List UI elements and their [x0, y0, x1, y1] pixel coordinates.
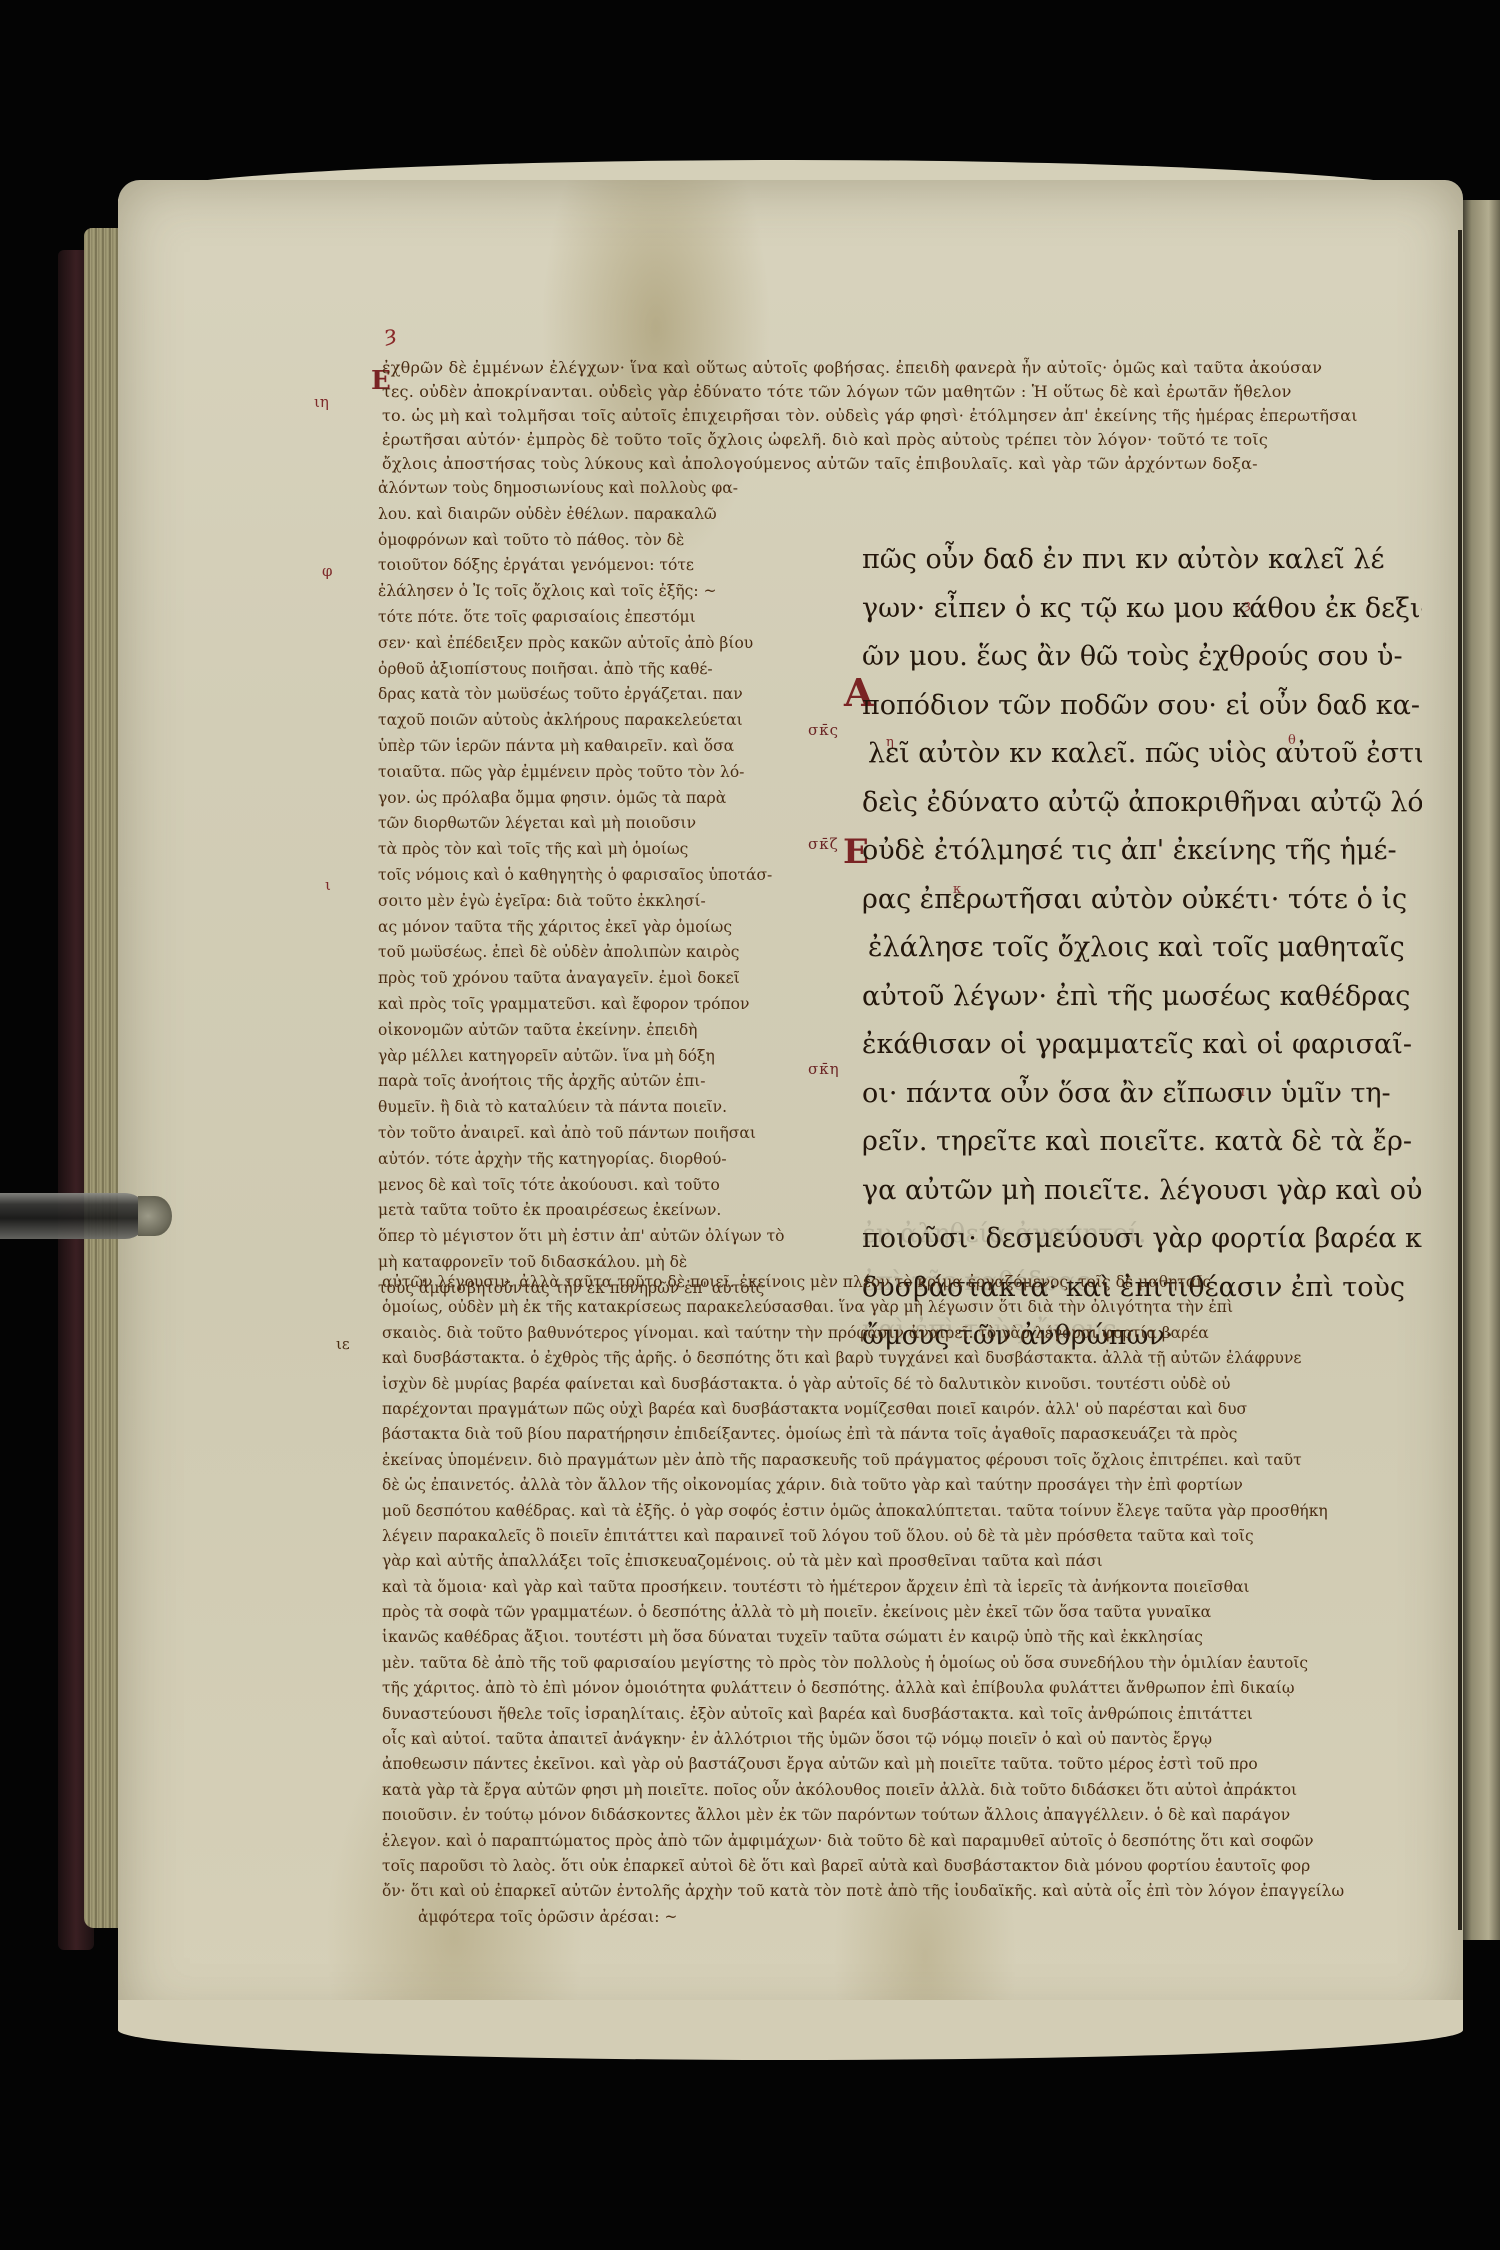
commentary-line: βάστακτα διὰ τοῦ βίου παρατήρησιν ἐπιδεί…: [382, 1422, 1432, 1447]
commentary-line: ταχοῦ ποιῶν αὐτοὺς ἀκλήρους παρακελεύετα…: [378, 708, 808, 734]
commentary-line: τῶν διορθωτῶν λέγεται καὶ μὴ ποιοῦσιν: [378, 811, 808, 837]
commentary-line: ἀμφότερα τοῖς ὁρῶσιν ἀρέσαι: ~: [382, 1905, 1432, 1930]
commentary-line: παρέχονται πραγμάτων πῶς οὐχὶ βαρέα καὶ …: [382, 1397, 1432, 1422]
section-number-227: σκ̄ζ: [808, 835, 839, 853]
commentary-line: τες. οὐδὲν ἀποκρίνανται. οὐδεὶς γὰρ ἐδύν…: [382, 380, 1422, 404]
bleed-through-line: ἐν ἀληθείᾳ ἀγαπητοί.: [862, 1210, 1422, 1258]
commentary-line: γὰρ μέλλει κατηγορεῖν αὐτῶν. ἵνα μὴ δόξη: [378, 1044, 808, 1070]
commentary-line: δρας κατὰ τὸν μωϋσέως τοῦτο ἐργάζεται. π…: [378, 682, 808, 708]
commentary-line: ας μόνον ταῦτα τῆς χάριτος ἐκεῖ γὰρ ὁμοί…: [378, 915, 808, 941]
commentary-line: τοιαῦτα. πῶς γὰρ ἐμμένειν πρὸς τοῦτο τὸν…: [378, 760, 808, 786]
commentary-line: λου. καὶ διαιρῶν οὐδὲν ἐθέλων. παρακαλῶ: [378, 502, 808, 528]
gutter-shadow: [1458, 230, 1462, 1930]
gospel-line: ἐλάλησε τοῖς ὄχλοις καὶ τοῖς μαθηταῖς: [862, 924, 1422, 973]
commentary-line: ἀλόντων τοὺς δημοσιωνίους καὶ πολλοὺς φα…: [378, 476, 808, 502]
commentary-line: ὅπερ τὸ μέγιστον ὅτι μὴ ἐστιν ἀπ' αὐτῶν …: [378, 1224, 808, 1250]
gospel-line: οι· πάντα οὖν ὅσα ἂν εἴπωσιν ὑμῖν τη-: [862, 1070, 1422, 1119]
gospel-line: ρας ἐπερωτῆσαι αὐτὸν οὐκέτι· τότε ὁ ἰς: [862, 876, 1422, 925]
commentary-line: σκαιὸς. διὰ τοῦτο βαθυνότερος γίνομαι. κ…: [382, 1321, 1432, 1346]
gospel-line: ποπόδιον τῶν ποδῶν σου· εἰ οὖν δαδ κα-: [862, 682, 1422, 731]
commentary-line: ἐλεγον. καὶ ὁ παραπτώματος πρὸς ἀπὸ τῶν …: [382, 1829, 1432, 1854]
commentary-line: ἐλάλησεν ὁ Ἰς τοῖς ὄχλοις καὶ τοῖς ἐξῆς:…: [378, 579, 808, 605]
commentary-line: τότε πότε. ὅτε τοῖς φαρισαίοις ἐπεστόμι: [378, 605, 808, 631]
commentary-top-block: ἐχθρῶν δὲ ἐμμένων ἐλέγχων· ἵνα καὶ οὕτως…: [382, 356, 1422, 476]
commentary-line: καὶ πρὸς τοῖς γραμματεῦσι. καὶ ἔφορον τρ…: [378, 992, 808, 1018]
commentary-line: τοιοῦτον δόξης ἐργάται γενόμενοι: τότε: [378, 553, 808, 579]
commentary-line: ὁμοφρόνων καὶ τοῦτο τὸ πάθος. τὸν δὲ: [378, 528, 808, 554]
commentary-line: τοῦ μωϋσέως. ἐπεὶ δὲ οὐδὲν ἀπολιπὼν καιρ…: [378, 940, 808, 966]
commentary-line: πρὸς τὰ σοφὰ τῶν γραμματέων. ὁ δεσπότης …: [382, 1600, 1432, 1625]
commentary-line: καὶ τὰ ὅμοια· καὶ γὰρ καὶ ταῦτα προσήκει…: [382, 1575, 1432, 1600]
commentary-line: τὸν τοῦτο ἀναιρεῖ. καὶ ἀπὸ τοῦ πάντων πο…: [378, 1121, 808, 1147]
commentary-line: τοῖς παροῦσι τὸ λαὸς. ὅτι οὐκ ἐπαρκεῖ αὐ…: [382, 1854, 1432, 1879]
commentary-line: κατὰ γὰρ τὰ ἔργα αὐτῶν φησι μὴ ποιεῖτε. …: [382, 1778, 1432, 1803]
commentary-left-column: ἀλόντων τοὺς δημοσιωνίους καὶ πολλοὺς φα…: [378, 476, 808, 1302]
commentary-line: δὲ ὡς ἐπαινετός. ἀλλὰ τὸν ἄλλον τῆς οἰκο…: [382, 1473, 1432, 1498]
commentary-line: ὑπὲρ τῶν ἱερῶν πάντα μὴ καθαιρεῖν. καὶ ὅ…: [378, 734, 808, 760]
commentary-line: ὄν· ὅτι καὶ οὐ ἐπαρκεῖ αὐτῶν ἐντολῆς ἀρχ…: [382, 1879, 1432, 1904]
gospel-line: γων· εἶπεν ὁ κς τῷ κω μου κάθου ἐκ δεξι-: [862, 585, 1422, 634]
margin-note-4: ιε: [336, 1335, 350, 1353]
commentary-line: αὐτόν. τότε ἀρχὴν τῆς κατηγορίας. διορθο…: [378, 1147, 808, 1173]
glass-page-holder: [0, 1193, 148, 1239]
glass-page-holder-tip: [138, 1196, 172, 1236]
margin-note-2: φ: [322, 562, 333, 580]
commentary-line: καὶ δυσβάστακτα. ὁ ἐχθρὸς τῆς ἀρῆς. ὁ δε…: [382, 1346, 1432, 1371]
commentary-line: ὀρθοῦ ἀξιοπίστους ποιῆσαι. ἀπὸ τῆς καθέ-: [378, 657, 808, 683]
commentary-line: ἐκείνας ὑπομένειν. διὸ πραγμάτων μὲν ἀπὸ…: [382, 1448, 1432, 1473]
gospel-line: δεὶς ἐδύνατο αὐτῷ ἀποκριθῆναι αὐτῷ λόγον…: [862, 779, 1422, 828]
commentary-line: ἱκανῶς καθέδρας ἄξιοι. τουτέστι μὴ ὅσα δ…: [382, 1625, 1432, 1650]
gospel-line: αὐτοῦ λέγων· ἐπὶ τῆς μωσέως καθέδρας: [862, 973, 1422, 1022]
gospel-line: γα αὐτῶν μὴ ποιεῖτε. λέγουσι γὰρ καὶ οὐ: [862, 1167, 1422, 1216]
margin-note-3: ι: [325, 876, 331, 894]
commentary-line: ὁμοίως, οὐδὲν μὴ ἐκ τῆς κατακρίσεως παρα…: [382, 1295, 1432, 1320]
section-number-226: σκ̄ς: [808, 721, 839, 739]
commentary-line: οἰκονομῶν αὐτῶν ταῦτα ἐκείνην. ἐπειδὴ: [378, 1018, 808, 1044]
commentary-line: μετὰ ταῦτα τοῦτο ἐκ προαιρέσεως ἐκείνων.: [378, 1198, 808, 1224]
commentary-line: παρὰ τοῖς ἀνοήτοις τῆς ἀρχῆς αὐτῶν ἐπι-: [378, 1069, 808, 1095]
commentary-line: ἐχθρῶν δὲ ἐμμένων ἐλέγχων· ἵνα καὶ οὕτως…: [382, 356, 1422, 380]
gospel-line: λεῖ αὐτὸν κν καλεῖ. πῶς υἱὸς αὐτοῦ ἐστι:…: [862, 730, 1422, 779]
commentary-line: θυμεῖν. ἢ διὰ τὸ καταλύειν τὰ πάντα ποιε…: [378, 1095, 808, 1121]
commentary-line: μενος δὲ καὶ τοῖς τότε ἀκούουσι. καὶ τοῦ…: [378, 1173, 808, 1199]
gospel-line: οὐδὲ ἐτόλμησέ τις ἀπ' ἐκείνης τῆς ἡμέ-: [862, 827, 1422, 876]
commentary-line: ἐρωτῆσαι αὐτόν· ἐμπρὸς δὲ τοῦτο τοῖς ὄχλ…: [382, 428, 1422, 452]
page-bottom-edge: [118, 2000, 1463, 2060]
commentary-line: σοιτο μὲν ἐγὼ ἐγεῖρα: διὰ τοῦτο ἐκκλησί-: [378, 889, 808, 915]
commentary-line: αὐτῶν λέγουσιν. ἀλλὰ ταῦτα τοῦτο δὲ ποιε…: [382, 1270, 1432, 1295]
commentary-line: τὰ πρὸς τὸν καὶ τοῖς τῆς καὶ μὴ ὁμοίως: [378, 837, 808, 863]
facing-leaf-edge: [1462, 200, 1500, 1940]
commentary-line: πρὸς τοῦ χρόνου ταῦτα ἀναγαγεῖν. ἐμοὶ δο…: [378, 966, 808, 992]
commentary-line: λέγειν παρακαλεῖς ὃ ποιεῖν ἐπιτάττει καὶ…: [382, 1524, 1432, 1549]
gospel-line: ῶν μου. ἕως ἂν θῶ τοὺς ἐχθρούς σου ὑ-: [862, 633, 1422, 682]
commentary-line: μὲν. ταῦτα δὲ ἀπὸ τῆς τοῦ φαρισαίου μεγί…: [382, 1651, 1432, 1676]
gospel-line: πῶς οὖν δαδ ἐν πνι κν αὐτὸν καλεῖ λέ: [862, 536, 1422, 585]
commentary-line: το. ὡς μὴ καὶ τολμῆσαι τοῖς αὐτοῖς ἐπιχε…: [382, 404, 1422, 428]
quire-mark: ȝ: [385, 322, 396, 347]
commentary-line: τοῖς νόμοις καὶ ὁ καθηγητὴς ὁ φαρισαῖος …: [378, 863, 808, 889]
commentary-line: τῆς χάριτος. ἀπὸ τὸ ἐπὶ μόνον ὁμοιότητα …: [382, 1676, 1432, 1701]
commentary-line: ὄχλοις ἀποστήσας τοὺς λύκους καὶ ἀπολογο…: [382, 452, 1422, 476]
margin-note-1: ιη: [314, 393, 329, 411]
section-number-228: σκ̄η: [808, 1060, 840, 1078]
commentary-line: δυναστεύουσι ἤθελε τοῖς ἰσραηλίταις. ἐξὸ…: [382, 1702, 1432, 1727]
commentary-line: ἀποθεωσιν πάντες ἐκεῖνοι. καὶ γὰρ οὐ βασ…: [382, 1752, 1432, 1777]
gospel-line: ἐκάθισαν οἱ γραμματεῖς καὶ οἱ φαρισαῖ-: [862, 1021, 1422, 1070]
commentary-line: ποιοῦσιν. ἐν τούτῳ μόνον διδάσκοντες ἄλλ…: [382, 1803, 1432, 1828]
manuscript-photograph: ȝ ιη φ ι ιε ȝ θ η κ μ σκ̄ς σκ̄ζ σκ̄η Ε Α…: [0, 0, 1500, 2250]
commentary-line: σεν· καὶ ἐπέδειξεν πρὸς κακῶν αὐτοῖς ἀπὸ…: [378, 631, 808, 657]
commentary-bottom-block: αὐτῶν λέγουσιν. ἀλλὰ ταῦτα τοῦτο δὲ ποιε…: [382, 1270, 1432, 1930]
commentary-line: γον. ὡς πρόλαβα ὄμμα φησιν. ὁμῶς τὰ παρὰ: [378, 786, 808, 812]
commentary-line: μοῦ δεσπότου καθέδρας. καὶ τὰ ἐξῆς. ὁ γὰ…: [382, 1499, 1432, 1524]
commentary-line: οἷς καὶ αὐτοί. ταῦτα ἀπαιτεῖ ἀνάγκην· ἐν…: [382, 1727, 1432, 1752]
commentary-line: ἰσχὺν δὲ μυρίας βαρέα φαίνεται καὶ δυσβά…: [382, 1372, 1432, 1397]
gospel-line: ρεῖν. τηρεῖτε καὶ ποιεῖτε. κατὰ δὲ τὰ ἔρ…: [862, 1118, 1422, 1167]
commentary-line: γὰρ καὶ αὐτῆς ἀπαλλάξει τοῖς ἐπισκευαζομ…: [382, 1549, 1432, 1574]
